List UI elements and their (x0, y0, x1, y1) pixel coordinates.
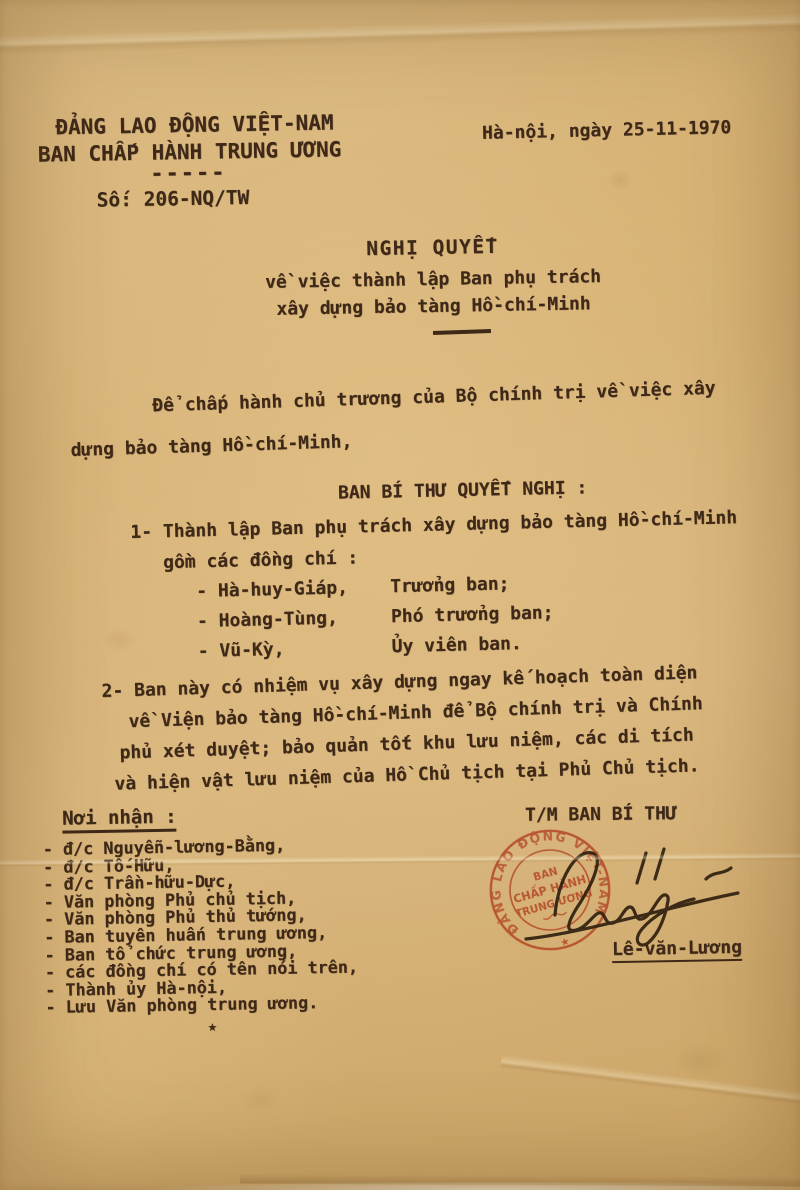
title-block: NGHỊ QUYẾT về việc thành lập Ban phụ trá… (132, 231, 733, 322)
resolution-item-2: 2- Ban này có nhiệm vụ xây dựng ngay kế … (101, 657, 705, 800)
document-number: Số: 206-NQ/TW (96, 182, 342, 213)
member-name: - Hà-huy-Giáp, (196, 576, 391, 611)
signer-name: Lê-văn-Lương (612, 937, 742, 963)
recipient-item: - Lưu Văn phòng trung ương. (45, 994, 358, 1017)
decree-heading: BAN BÍ THƯ QUYẾT NGHỊ : (338, 477, 588, 503)
member-name: - Hoàng-Tùng, (197, 606, 392, 641)
recipients-block: Nơi nhận : - đ/c Nguyễn-lương-Bằng, - đ/… (42, 803, 359, 1038)
star-mark: ★ (208, 1014, 359, 1035)
resolution-item-1: 1- Thành lập Ban phụ trách xây dựng bảo … (130, 502, 738, 579)
paper-bottom-edge (0, 1182, 800, 1190)
member-role: Trưởng ban; (390, 573, 510, 606)
member-role: Phó trưởng ban; (391, 602, 554, 636)
scanned-document-page: ĐẢNG LAO ĐỘNG VIỆT-NAM BAN CHẤP HÀNH TRU… (0, 0, 800, 1190)
member-role: Ủy viên ban. (391, 633, 522, 666)
wrinkle-bottom-right (500, 1055, 800, 1108)
recipients-heading: Nơi nhận : (62, 806, 177, 834)
dateline: Hà-nội, ngày 25-11-1970 (482, 117, 732, 144)
document-title: NGHỊ QUYẾT (132, 231, 732, 264)
opening-paragraph: Để chấp hành chủ trương của Bộ chính trị… (69, 368, 718, 472)
signing-authority: T/M BAN BÍ THƯ (525, 803, 677, 826)
title-underline-rule (433, 329, 491, 335)
separator-dashes: ----- (150, 163, 342, 182)
member-name: - Vũ-Kỳ, (197, 636, 392, 671)
committee-member-list: - Hà-huy-Giáp, Trưởng ban; - Hoàng-Tùng,… (196, 572, 555, 671)
fold-crease-top (0, 13, 800, 56)
subtitle-line-2: xây dựng bảo tàng Hồ-chí-Minh (133, 291, 733, 322)
subtitle-line-1: về việc thành lập Ban phụ trách (133, 264, 733, 295)
letterhead: ĐẢNG LAO ĐỘNG VIỆT-NAM BAN CHẤP HÀNH TRU… (37, 109, 342, 214)
